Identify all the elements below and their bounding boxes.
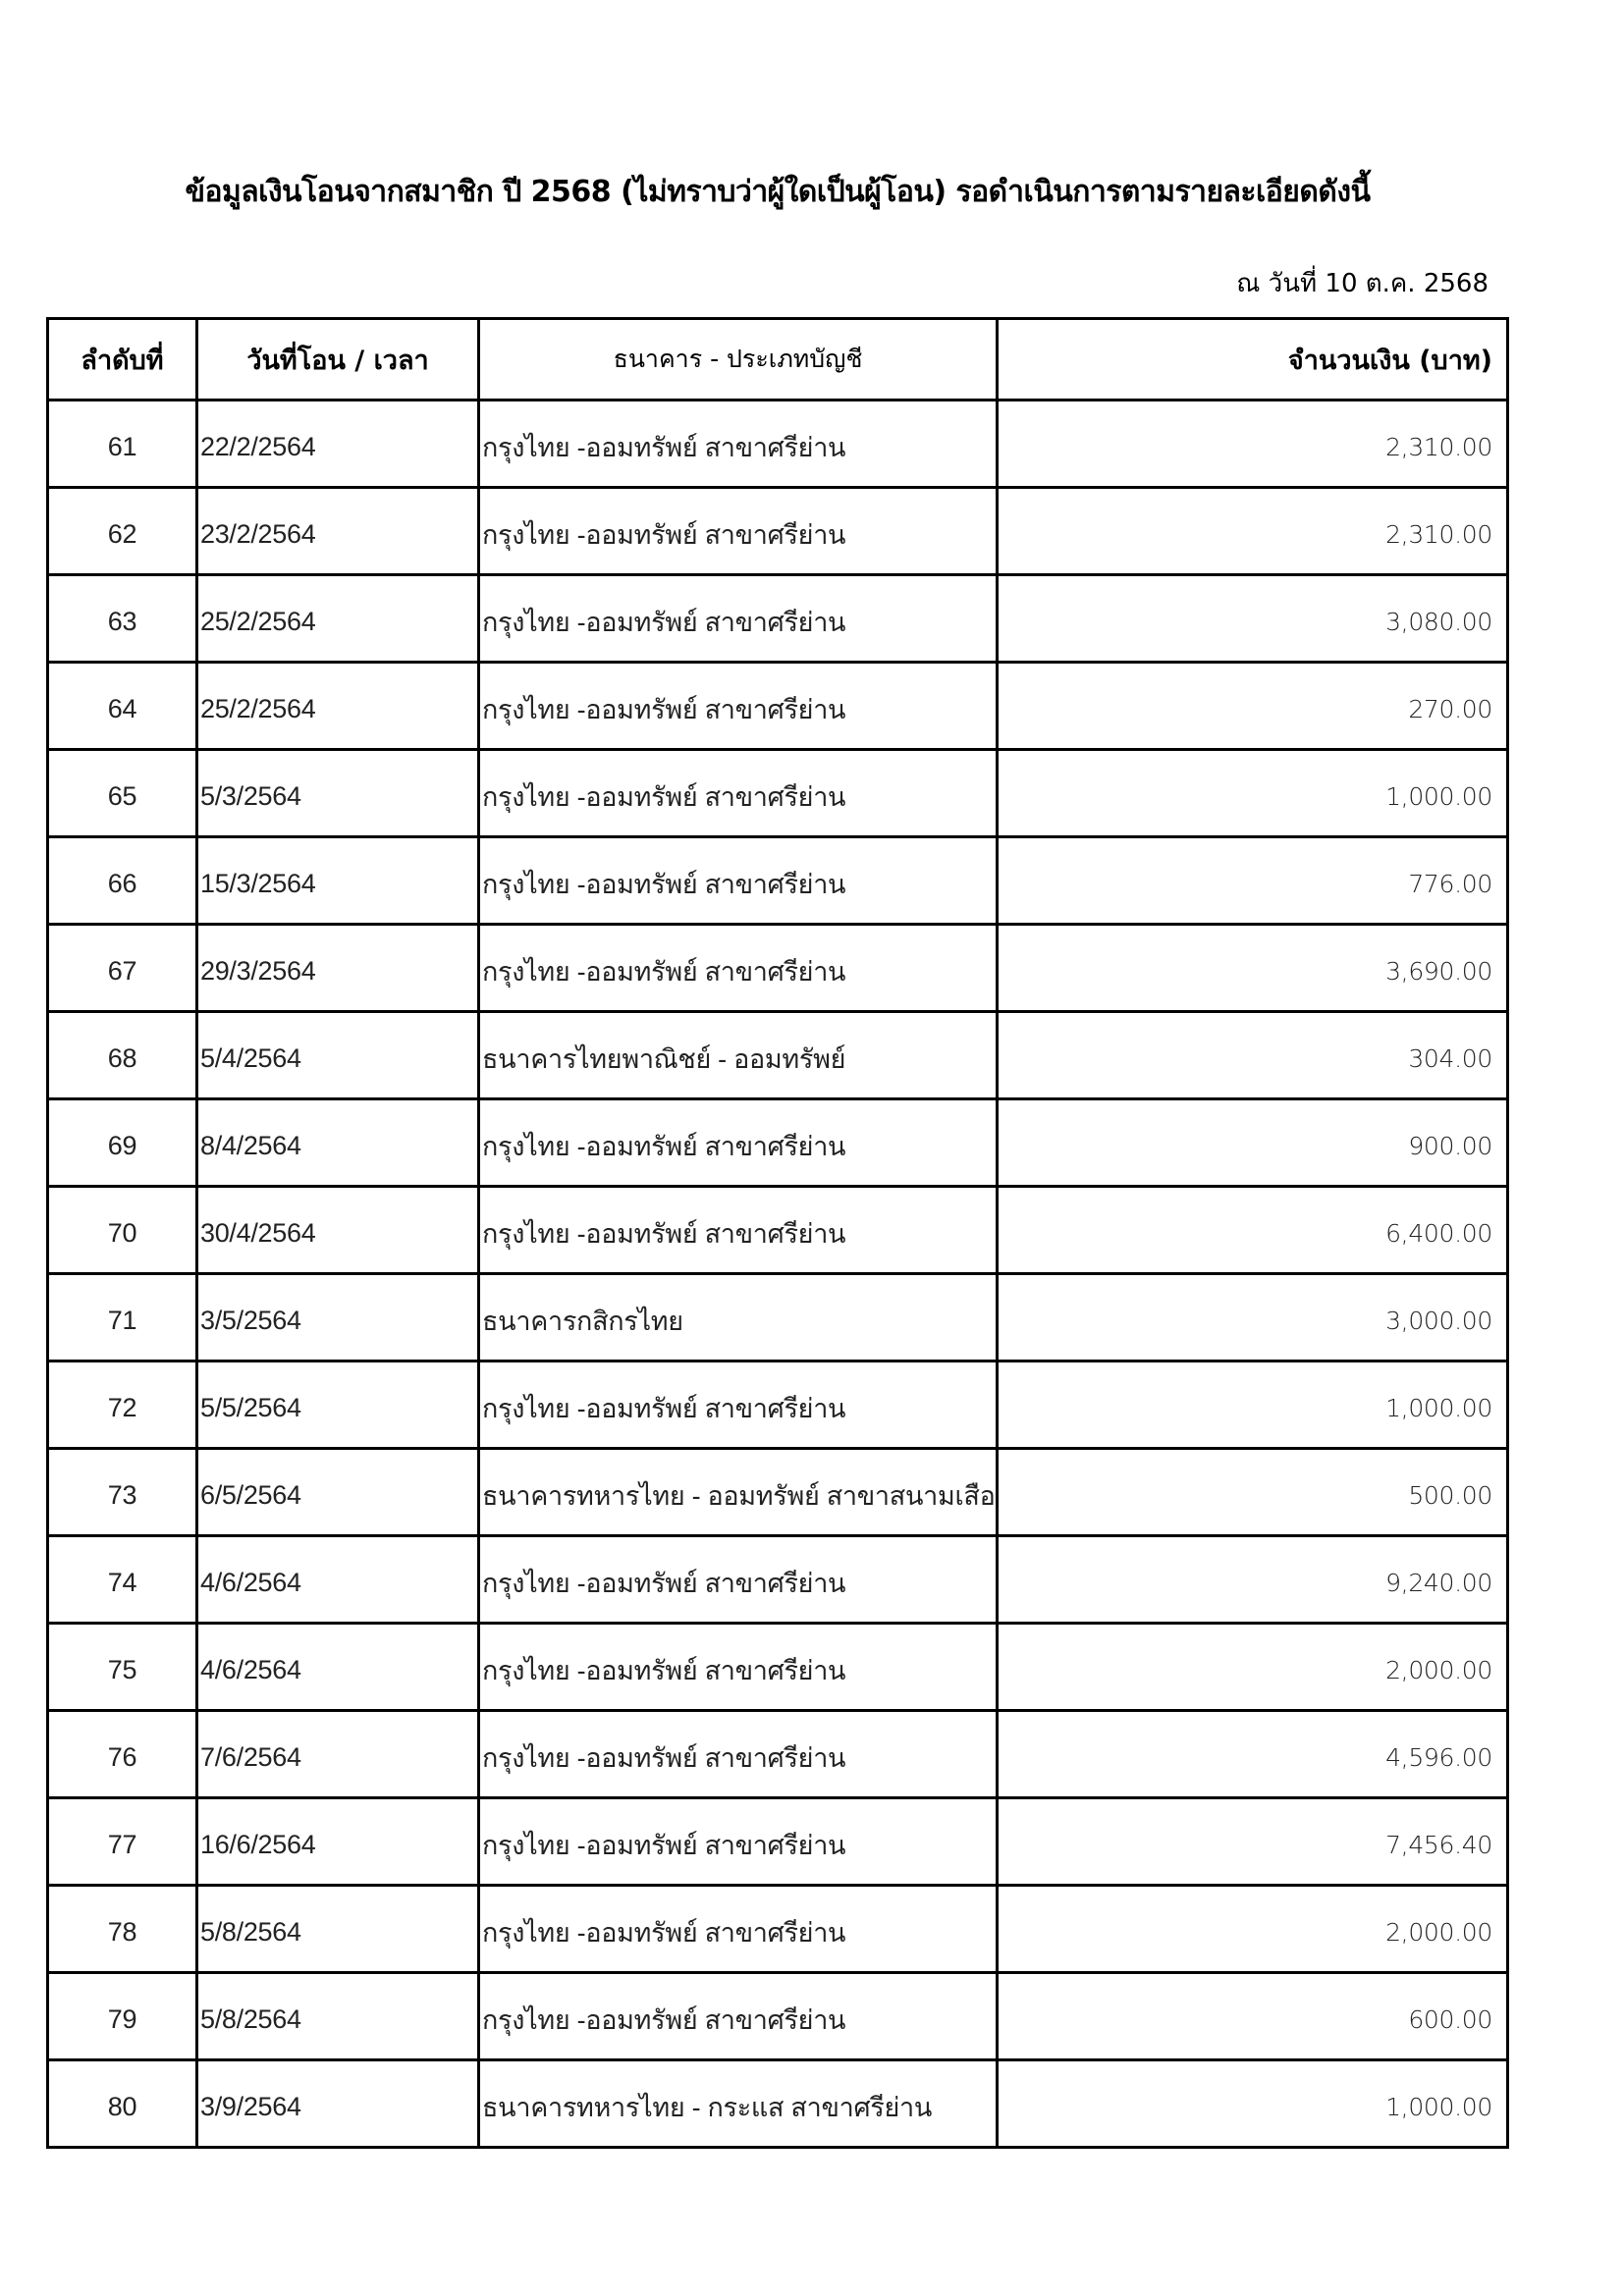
amount-cell: 3,000.00 [998, 1274, 1508, 1362]
bank-cell: กรุงไทย -ออมทรัพย์ สาขาศรีย่าน [479, 1886, 998, 1973]
bank-cell: กรุงไทย -ออมทรัพย์ สาขาศรีย่าน [479, 1711, 998, 1798]
bank-cell: กรุงไทย -ออมทรัพย์ สาขาศรีย่าน [479, 1187, 998, 1274]
bank-cell: กรุงไทย -ออมทรัพย์ สาขาศรีย่าน [479, 750, 998, 837]
sequence-cell: 73 [48, 1449, 197, 1536]
sequence-cell: 62 [48, 488, 197, 575]
amount-cell: 1,000.00 [998, 2060, 1508, 2148]
sequence-cell: 67 [48, 925, 197, 1012]
header-sequence: ลำดับที่ [48, 319, 197, 400]
bank-cell: ธนาคารกสิกรไทย [479, 1274, 998, 1362]
sequence-cell: 64 [48, 663, 197, 750]
transfer-date-cell: 30/4/2564 [197, 1187, 479, 1274]
amount-cell: 600.00 [998, 1973, 1508, 2060]
header-bank-account-type: ธนาคาร - ประเภทบัญชี [479, 319, 998, 400]
table-row: 6223/2/2564กรุงไทย -ออมทรัพย์ สาขาศรีย่า… [48, 488, 1508, 575]
bank-cell: กรุงไทย -ออมทรัพย์ สาขาศรีย่าน [479, 1362, 998, 1449]
amount-cell: 304.00 [998, 1012, 1508, 1099]
header-amount: จำนวนเงิน (บาท) [998, 319, 1508, 400]
table-row: 6425/2/2564กรุงไทย -ออมทรัพย์ สาขาศรีย่า… [48, 663, 1508, 750]
transfer-date-cell: 4/6/2564 [197, 1624, 479, 1711]
bank-cell: ธนาคารทหารไทย - ออมทรัพย์ สาขาสนามเสือป่… [479, 1449, 998, 1536]
amount-cell: 2,000.00 [998, 1624, 1508, 1711]
bank-cell: กรุงไทย -ออมทรัพย์ สาขาศรีย่าน [479, 925, 998, 1012]
transfer-date-cell: 25/2/2564 [197, 575, 479, 663]
table-row: 698/4/2564กรุงไทย -ออมทรัพย์ สาขาศรีย่าน… [48, 1099, 1508, 1187]
transfer-date-cell: 25/2/2564 [197, 663, 479, 750]
table-row: 785/8/2564กรุงไทย -ออมทรัพย์ สาขาศรีย่าน… [48, 1886, 1508, 1973]
transfer-date-cell: 6/5/2564 [197, 1449, 479, 1536]
amount-cell: 500.00 [998, 1449, 1508, 1536]
transfer-date-cell: 23/2/2564 [197, 488, 479, 575]
amount-cell: 270.00 [998, 663, 1508, 750]
transfer-date-cell: 3/9/2564 [197, 2060, 479, 2148]
sequence-cell: 65 [48, 750, 197, 837]
table-row: 795/8/2564กรุงไทย -ออมทรัพย์ สาขาศรีย่าน… [48, 1973, 1508, 2060]
transfer-date-cell: 8/4/2564 [197, 1099, 479, 1187]
amount-cell: 900.00 [998, 1099, 1508, 1187]
amount-cell: 9,240.00 [998, 1536, 1508, 1624]
sequence-cell: 78 [48, 1886, 197, 1973]
bank-cell: กรุงไทย -ออมทรัพย์ สาขาศรีย่าน [479, 488, 998, 575]
table-row: 7716/6/2564กรุงไทย -ออมทรัพย์ สาขาศรีย่า… [48, 1798, 1508, 1886]
amount-cell: 2,310.00 [998, 488, 1508, 575]
sequence-cell: 66 [48, 837, 197, 925]
sequence-cell: 61 [48, 400, 197, 488]
as-of-date: ณ วันที่ 10 ต.ค. 2568 [1236, 263, 1489, 303]
sequence-cell: 75 [48, 1624, 197, 1711]
transfer-date-cell: 5/5/2564 [197, 1362, 479, 1449]
bank-cell: กรุงไทย -ออมทรัพย์ สาขาศรีย่าน [479, 1536, 998, 1624]
bank-cell: กรุงไทย -ออมทรัพย์ สาขาศรีย่าน [479, 663, 998, 750]
transfer-date-cell: 15/3/2564 [197, 837, 479, 925]
table-header-row: ลำดับที่ วันที่โอน / เวลา ธนาคาร - ประเภ… [48, 319, 1508, 400]
sequence-cell: 70 [48, 1187, 197, 1274]
sequence-cell: 72 [48, 1362, 197, 1449]
transfer-date-cell: 29/3/2564 [197, 925, 479, 1012]
table-row: 767/6/2564กรุงไทย -ออมทรัพย์ สาขาศรีย่าน… [48, 1711, 1508, 1798]
transfer-date-cell: 4/6/2564 [197, 1536, 479, 1624]
bank-cell: ธนาคารทหารไทย - กระแส สาขาศรีย่าน [479, 2060, 998, 2148]
bank-cell: กรุงไทย -ออมทรัพย์ สาขาศรีย่าน [479, 1624, 998, 1711]
sequence-cell: 69 [48, 1099, 197, 1187]
transfer-date-cell: 5/3/2564 [197, 750, 479, 837]
table-row: 7030/4/2564กรุงไทย -ออมทรัพย์ สาขาศรีย่า… [48, 1187, 1508, 1274]
document-title: ข้อมูลเงินโอนจากสมาชิก ปี 2568 (ไม่ทราบว… [0, 169, 1555, 215]
table-row: 803/9/2564ธนาคารทหารไทย - กระแส สาขาศรีย… [48, 2060, 1508, 2148]
transfer-date-cell: 3/5/2564 [197, 1274, 479, 1362]
transfer-date-cell: 5/8/2564 [197, 1973, 479, 2060]
sequence-cell: 77 [48, 1798, 197, 1886]
table-row: 6325/2/2564กรุงไทย -ออมทรัพย์ สาขาศรีย่า… [48, 575, 1508, 663]
transfers-table: ลำดับที่ วันที่โอน / เวลา ธนาคาร - ประเภ… [46, 317, 1509, 2149]
bank-cell: กรุงไทย -ออมทรัพย์ สาขาศรีย่าน [479, 1973, 998, 2060]
table-row: 6122/2/2564กรุงไทย -ออมทรัพย์ สาขาศรีย่า… [48, 400, 1508, 488]
amount-cell: 2,000.00 [998, 1886, 1508, 1973]
bank-cell: ธนาคารไทยพาณิชย์ - ออมทรัพย์ [479, 1012, 998, 1099]
amount-cell: 1,000.00 [998, 1362, 1508, 1449]
table-row: 754/6/2564กรุงไทย -ออมทรัพย์ สาขาศรีย่าน… [48, 1624, 1508, 1711]
amount-cell: 3,080.00 [998, 575, 1508, 663]
bank-cell: กรุงไทย -ออมทรัพย์ สาขาศรีย่าน [479, 400, 998, 488]
transfer-date-cell: 22/2/2564 [197, 400, 479, 488]
table-row: 744/6/2564กรุงไทย -ออมทรัพย์ สาขาศรีย่าน… [48, 1536, 1508, 1624]
sequence-cell: 76 [48, 1711, 197, 1798]
table-row: 685/4/2564ธนาคารไทยพาณิชย์ - ออมทรัพย์30… [48, 1012, 1508, 1099]
table-row: 6729/3/2564กรุงไทย -ออมทรัพย์ สาขาศรีย่า… [48, 925, 1508, 1012]
sequence-cell: 80 [48, 2060, 197, 2148]
bank-cell: กรุงไทย -ออมทรัพย์ สาขาศรีย่าน [479, 1798, 998, 1886]
sequence-cell: 68 [48, 1012, 197, 1099]
transfer-date-cell: 5/8/2564 [197, 1886, 479, 1973]
transfer-date-cell: 5/4/2564 [197, 1012, 479, 1099]
bank-cell: กรุงไทย -ออมทรัพย์ สาขาศรีย่าน [479, 837, 998, 925]
sequence-cell: 79 [48, 1973, 197, 2060]
sequence-cell: 71 [48, 1274, 197, 1362]
table-row: 713/5/2564ธนาคารกสิกรไทย3,000.00 [48, 1274, 1508, 1362]
sequence-cell: 74 [48, 1536, 197, 1624]
amount-cell: 1,000.00 [998, 750, 1508, 837]
table-row: 655/3/2564กรุงไทย -ออมทรัพย์ สาขาศรีย่าน… [48, 750, 1508, 837]
amount-cell: 3,690.00 [998, 925, 1508, 1012]
table-row: 736/5/2564ธนาคารทหารไทย - ออมทรัพย์ สาขา… [48, 1449, 1508, 1536]
amount-cell: 776.00 [998, 837, 1508, 925]
table-row: 6615/3/2564กรุงไทย -ออมทรัพย์ สาขาศรีย่า… [48, 837, 1508, 925]
amount-cell: 2,310.00 [998, 400, 1508, 488]
bank-cell: กรุงไทย -ออมทรัพย์ สาขาศรีย่าน [479, 575, 998, 663]
amount-cell: 6,400.00 [998, 1187, 1508, 1274]
header-transfer-date: วันที่โอน / เวลา [197, 319, 479, 400]
table-row: 725/5/2564กรุงไทย -ออมทรัพย์ สาขาศรีย่าน… [48, 1362, 1508, 1449]
amount-cell: 4,596.00 [998, 1711, 1508, 1798]
amount-cell: 7,456.40 [998, 1798, 1508, 1886]
transfer-date-cell: 16/6/2564 [197, 1798, 479, 1886]
bank-cell: กรุงไทย -ออมทรัพย์ สาขาศรีย่าน [479, 1099, 998, 1187]
transfer-date-cell: 7/6/2564 [197, 1711, 479, 1798]
sequence-cell: 63 [48, 575, 197, 663]
